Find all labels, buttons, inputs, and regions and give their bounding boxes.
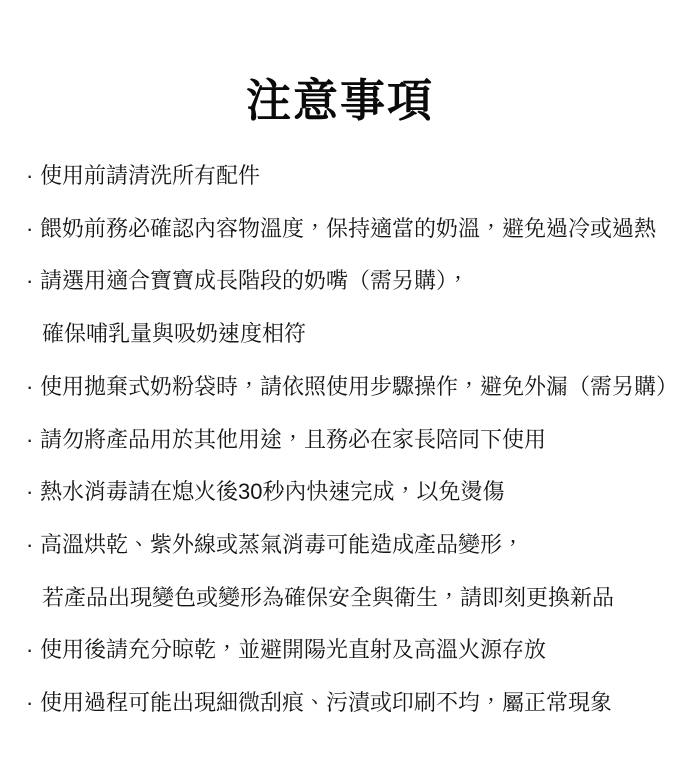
bullet-dot: · [26, 255, 40, 308]
bullet-dot: · [26, 414, 40, 467]
bullet-dot: · [26, 624, 40, 677]
bullet-dot: · [26, 466, 40, 519]
notice-line-continuation: 確保哺乳量與吸奶速度相符 [26, 308, 672, 361]
notice-text: 使用過程可能出現細微刮痕、污漬或印刷不均，屬正常現象 [40, 690, 612, 715]
notice-text: 高溫烘乾、紫外線或蒸氣消毒可能造成產品變形， [40, 532, 524, 557]
notice-line-continuation: 若產品出現變色或變形為確保安全與衛生，請即刻更換新品 [26, 572, 672, 625]
bullet-dot: · [26, 150, 40, 203]
notice-page: 注意事項 ·使用前請清洗所有配件 ·餵奶前務必確認內容物溫度，保持適當的奶溫，避… [0, 0, 680, 765]
notice-line: ·使用過程可能出現細微刮痕、污漬或印刷不均，屬正常現象 [26, 677, 672, 730]
notice-text: 若產品出現變色或變形為確保安全與衛生，請即刻更換新品 [42, 585, 614, 610]
notice-text: 使用拋棄式奶粉袋時，請依照使用步驟操作，避免外漏（需另購） [40, 374, 678, 399]
notice-line: ·餵奶前務必確認內容物溫度，保持適當的奶溫，避免過冷或過熱 [26, 203, 672, 256]
notice-line: ·使用後請充分晾乾，並避開陽光直射及高溫火源存放 [26, 624, 672, 677]
bullet-dot: · [26, 203, 40, 256]
bullet-dot: · [26, 677, 40, 730]
notice-text: 使用後請充分晾乾，並避開陽光直射及高溫火源存放 [40, 637, 546, 662]
notice-text: 餵奶前務必確認內容物溫度，保持適當的奶溫，避免過冷或過熱 [40, 216, 656, 241]
notice-line: ·高溫烘乾、紫外線或蒸氣消毒可能造成產品變形， [26, 519, 672, 572]
notice-line: ·使用前請清洗所有配件 [26, 150, 672, 203]
notice-line: ·熱水消毒請在熄火後30秒內快速完成，以免燙傷 [26, 466, 672, 519]
page-title: 注意事項 [0, 0, 680, 128]
notice-text: 確保哺乳量與吸奶速度相符 [42, 321, 306, 346]
notice-line: ·請勿將產品用於其他用途，且務必在家長陪同下使用 [26, 414, 672, 467]
notice-text: 請選用適合寶寶成長階段的奶嘴（需另購）， [40, 268, 469, 293]
notice-list: ·使用前請清洗所有配件 ·餵奶前務必確認內容物溫度，保持適當的奶溫，避免過冷或過… [0, 150, 680, 730]
bullet-dot: · [26, 519, 40, 572]
notice-line: ·請選用適合寶寶成長階段的奶嘴（需另購）， [26, 255, 672, 308]
notice-line: ·使用拋棄式奶粉袋時，請依照使用步驟操作，避免外漏（需另購） [26, 361, 672, 414]
notice-text: 熱水消毒請在熄火後30秒內快速完成，以免燙傷 [40, 479, 504, 504]
bullet-dot: · [26, 361, 40, 414]
notice-text: 請勿將產品用於其他用途，且務必在家長陪同下使用 [40, 427, 546, 452]
notice-text: 使用前請清洗所有配件 [40, 163, 260, 188]
